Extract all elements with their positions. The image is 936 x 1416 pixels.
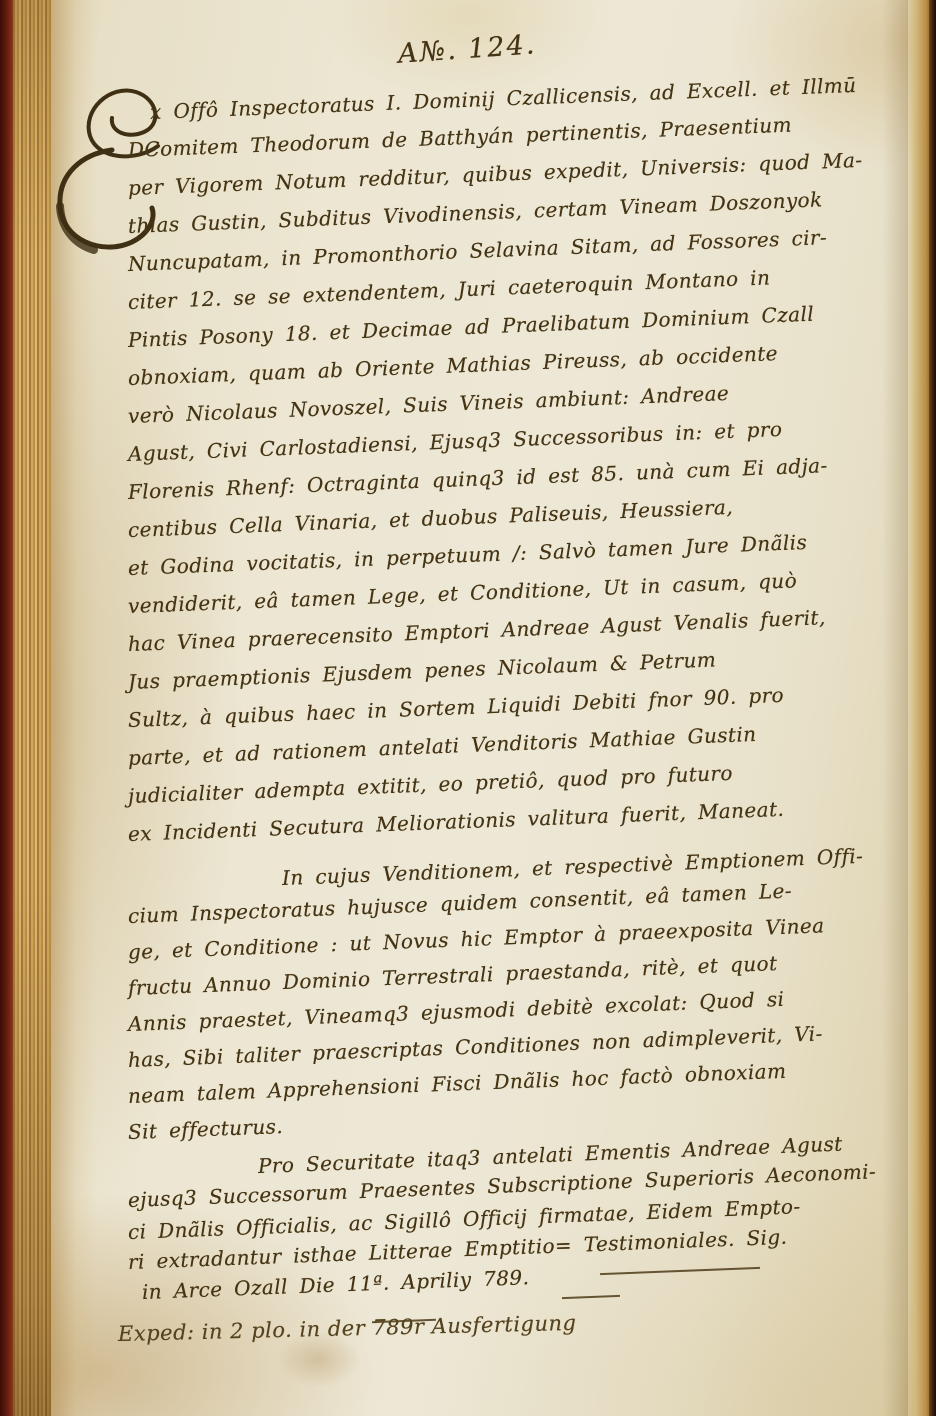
gutter-shadow-right	[882, 0, 908, 1416]
manuscript-line: centibus Cella Vinaria, et duobus Palise…	[128, 495, 734, 542]
book-edge-right-dark	[929, 0, 936, 1416]
underline-mark-emptitio	[600, 1267, 760, 1275]
expedition-note: Exped: in 2 plo. in der 789r Ausfertigun…	[118, 1311, 577, 1346]
manuscript-line: judicialiter adempta extitit, eo pretiô,…	[128, 761, 734, 808]
entry-number-heading: A№. 124.	[397, 29, 537, 70]
manuscript-line: verò Nicolaus Novoszel, Suis Vineis ambi…	[128, 381, 730, 428]
underline-mark-789	[562, 1295, 620, 1299]
manuscript-line: Jus praemptionis Ejusdem penes Nicolaum …	[128, 647, 717, 694]
book-page-edges-right	[906, 0, 930, 1416]
manuscript-line: Sit effecturus.	[128, 1114, 284, 1144]
manuscript-page: A№. 124. x Offô Inspectoratus I. Dominij…	[0, 0, 936, 1416]
book-binding-edge	[0, 0, 13, 1416]
